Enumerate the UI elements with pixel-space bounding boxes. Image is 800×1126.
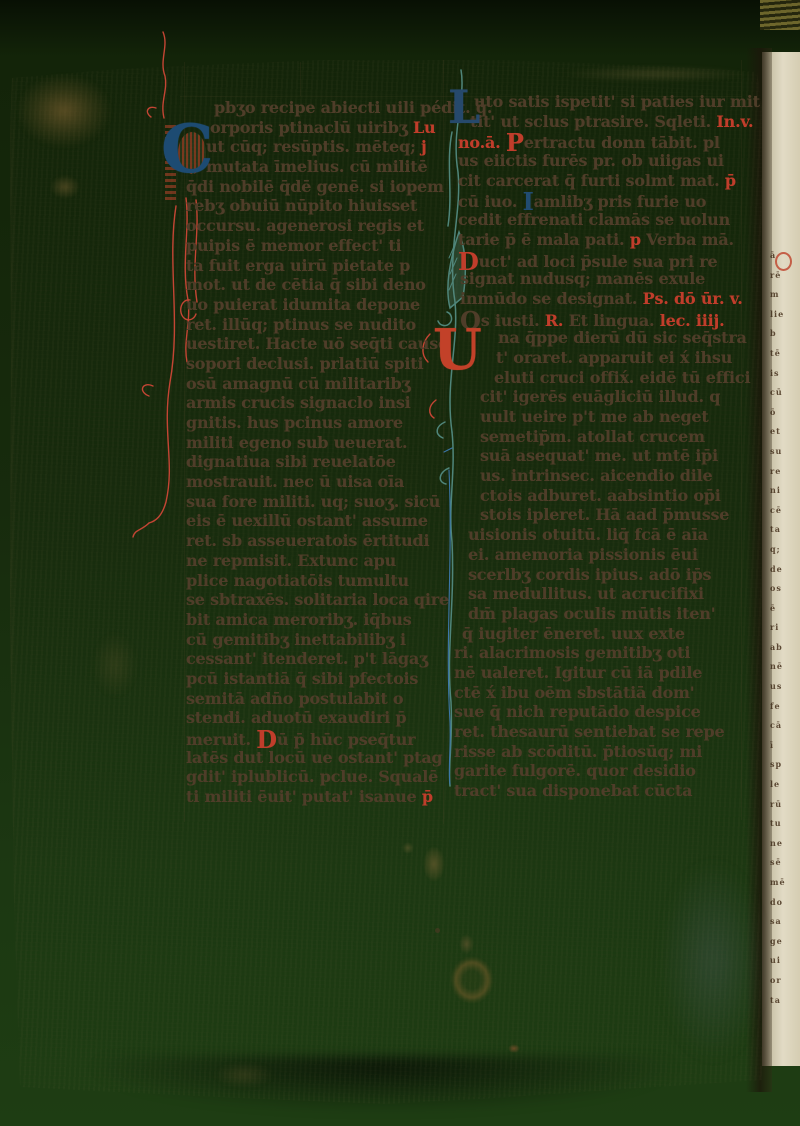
text-line: scerlbʒ cordis ipius. adō ip̄s (454, 565, 746, 585)
text-line: uult ueire p't me ab neget (454, 407, 746, 427)
text-line: gdit' iplublicū. pclue. Squalē (186, 767, 444, 787)
text-line: uo puierat idumita depone (186, 295, 444, 315)
text-line: nē ualeret. Igitur cū iā pdile (454, 663, 746, 683)
text-line: ti militi ēuit' putat' isanue p̄ (186, 787, 444, 807)
text-line: stois ipleret. Hā aad p̄musse (454, 505, 746, 525)
text-line: semitā adn̄o postulabit o (186, 689, 444, 709)
text-line: us eiictis furēs pr. ob uiigas ui (454, 151, 746, 171)
text-line: stendi. aduotū exaudiri p̄ (186, 708, 444, 728)
text-line: rebʒ obuiū nūpito hiuisset (186, 196, 444, 216)
text-line: pbʒo recipe abiecti uili pédit. q̄. (186, 98, 444, 118)
text-line: tit' ut sclus ptrasire. Sqleti. In.v. (454, 112, 746, 132)
illuminated-initial-l: L (448, 84, 480, 130)
text-line: dignatiua sibi reuelatōe (186, 452, 444, 472)
text-line: latēs dut locū ue ostant' ptag (186, 748, 444, 768)
text-line: se sbtraxēs. solitaria loca qire (186, 590, 444, 610)
text-line: no.ā. Pertractu donn tābit. pl (454, 131, 746, 151)
text-line: semetip̄m. atollat crucem (454, 427, 746, 447)
text-line: bit amica meroribʒ. iq̄bus (186, 610, 444, 630)
text-line: signat nudusq; manēs exule (454, 269, 746, 289)
text-line: ctois adburet. aabsintio op̄i (454, 486, 746, 506)
text-line: tract' sua disponebat cūcta (454, 781, 746, 801)
text-line: uto satis ispetit' si paties iur mit (454, 92, 746, 112)
right-column: uto satis ispetit' si paties iur mittit'… (454, 92, 746, 801)
text-line: garite fulgorē. quor desidio (454, 761, 746, 781)
text-line: dm̄ plagas oculis mūtis iten' (454, 604, 746, 624)
text-line: cit carcerat q̄ furti solmt mat. p̄ (454, 171, 746, 191)
text-line: uisionis otuitū. liq̄ fcā ē aīa (454, 525, 746, 545)
text-line: Duct' ad loci p̄sule sua pri re (454, 250, 746, 270)
text-line: us. intrinsec. aicendio dile (454, 466, 746, 486)
text-line: cessant' itenderet. p't lāgaʒ (186, 649, 444, 669)
text-line: sua fore militi. uq; suoʒ. sicū (186, 492, 444, 512)
text-line: eis ē uexillū ostant' assume (186, 511, 444, 531)
text-line: q̄di nobilē q̄dē genē. si iopem (186, 177, 444, 197)
text-line: sue q̄ nich reputādo despice (454, 702, 746, 722)
text-line: mutata īmelius. cū militē (186, 157, 444, 177)
text-line: risse ab scōditū. p̄tiosūq; mi (454, 742, 746, 762)
illuminated-initial-u: U (433, 322, 482, 378)
text-line: na q̄ppe dierū dū sic seq̄stra (454, 328, 746, 348)
text-line: osū amagnū cū militaribʒ (186, 374, 444, 394)
text-line: ret. sb asseueratois ērtitudi (186, 531, 444, 551)
manuscript-photo: ārēmliebtēiscūōetsurenicētaq;deosēriabnē… (0, 0, 800, 1126)
text-line: uestiret. Hacte uō seq̄ti cause (186, 334, 444, 354)
text-line: armis crucis signaclo insi (186, 393, 444, 413)
text-line: cit' igerēs euāgliciū illud. q (454, 387, 746, 407)
text-line: ne repmisit. Extunc apu (186, 551, 444, 571)
text-line: sopori declusi. prlatiū spiti (186, 354, 444, 374)
text-line: orporis ptinaclū uiribʒ Lu (186, 118, 444, 138)
text-line: inmūdo se designat. Ps. dō ūr. v. (454, 289, 746, 309)
text-line: pcū istantiā q̄ sibi pfectois (186, 669, 444, 689)
text-line: q̄ iugiter ēneret. uux exte (454, 624, 746, 644)
text-line: mostrauit. nec ū uisa oīa (186, 472, 444, 492)
text-line: cū iuo. Iamlibʒ pris furie uo (454, 190, 746, 210)
text-line: ta fuit erga uirū pietate p (186, 256, 444, 276)
text-line: mot. ut de cētia q̄ sibi deno (186, 275, 444, 295)
illuminated-initial-c: C (161, 116, 214, 182)
text-line: tarie p̄ ē mala pati. p Verba mā. (454, 230, 746, 250)
text-line: ei. amemoria pissionis ēui (454, 545, 746, 565)
text-line: suā asequat' me. ut mtē ip̄i (454, 446, 746, 466)
text-line: occursu. agenerosi regis et (186, 216, 444, 236)
text-line: gnitis. hus pcinus amore (186, 413, 444, 433)
text-line: ctē x́ ibu oēm sbstātiā dom' (454, 683, 746, 703)
text-line: ret. illūq; ptinus se nudito (186, 315, 444, 335)
text-line: puipis ē memor effect' ti (186, 236, 444, 256)
text-line: cū gemitibʒ inettabilibʒ i (186, 630, 444, 650)
text-line: cedit effrenati clamās se uolun (454, 210, 746, 230)
text-line: ri. alacrimosis gemitibʒ oti (454, 643, 746, 663)
text-line: ut cūq; resūptis. mēteq; j (186, 137, 444, 157)
text-line: plice nagotiatōis tumultu (186, 571, 444, 591)
text-line: meruit. Dū p̄ hūc pseq̄tur (186, 728, 444, 748)
text-line: militi egeno sub ueuerat. (186, 433, 444, 453)
text-line: ret. thesaurū sentiebat se repe (454, 722, 746, 742)
left-column: pbʒo recipe abiecti uili pédit. q̄.orpor… (186, 98, 444, 807)
text-line: eluti cruci offix́. eidē tū effici (454, 368, 746, 388)
text-line: t' oraret. apparuit ei x́ ihsu (454, 348, 746, 368)
text-line: Os iusti. R. Et lingua. lec. iiij. (454, 309, 746, 329)
text-line: sa medullitus. ut acrucifixi (454, 584, 746, 604)
